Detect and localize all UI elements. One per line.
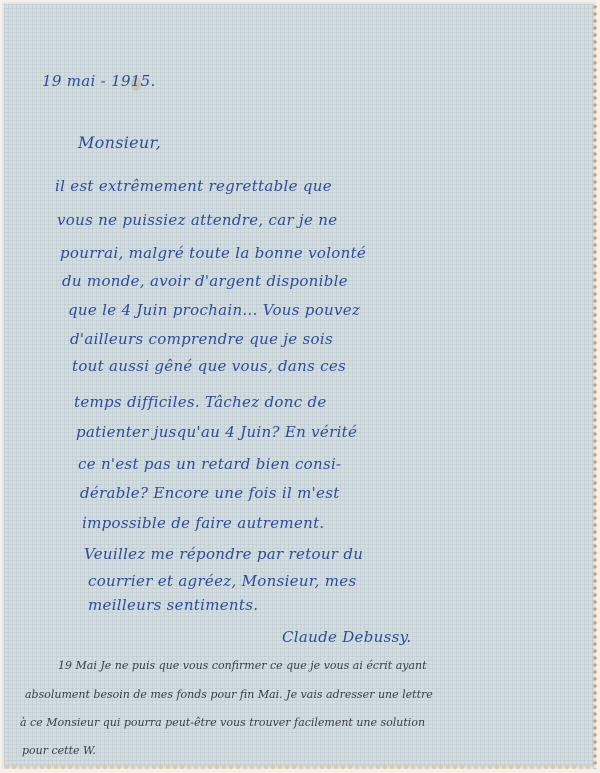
letter-salutation: Monsieur, <box>78 133 161 152</box>
body-line: vous ne puissiez attendre, car je ne <box>57 211 337 229</box>
letter-sheet <box>4 4 594 767</box>
pencil-note-line: absolument besoin de mes fonds pour fin … <box>25 688 433 701</box>
perforated-edge-right <box>592 4 598 769</box>
body-line: ce n'est pas un retard bien consi- <box>78 455 341 473</box>
body-line: il est extrêmement regrettable que <box>55 177 332 195</box>
body-line: meilleurs sentiments. <box>88 596 258 614</box>
signature: Claude Debussy. <box>282 628 411 646</box>
body-line: pourrai, malgré toute la bonne volonté <box>60 244 366 262</box>
body-line: que le 4 Juin prochain... Vous pouvez <box>68 301 360 319</box>
body-line: impossible de faire autrement. <box>82 514 324 532</box>
body-line: Veuillez me répondre par retour du <box>84 545 363 563</box>
body-line: temps difficiles. Tâchez donc de <box>74 393 327 411</box>
perforated-edge-bottom <box>4 764 594 769</box>
body-line: du monde, avoir d'argent disponible <box>62 272 348 290</box>
body-line: dérable? Encore une fois il m'est <box>80 484 340 502</box>
pencil-note-line: à ce Monsieur qui pourra peut-être vous … <box>20 716 425 729</box>
pencil-note-line: 19 Mai Je ne puis que vous confirmer ce … <box>58 659 427 672</box>
body-line: d'ailleurs comprendre que je sois <box>70 330 333 348</box>
body-line: patienter jusqu'au 4 Juin? En vérité <box>76 423 357 441</box>
body-line: tout aussi gêné que vous, dans ces <box>72 357 346 375</box>
pencil-note-line: pour cette W. <box>22 744 96 757</box>
body-line: courrier et agréez, Monsieur, mes <box>88 572 356 590</box>
letter-date: 19 mai - 1915. <box>42 72 156 90</box>
